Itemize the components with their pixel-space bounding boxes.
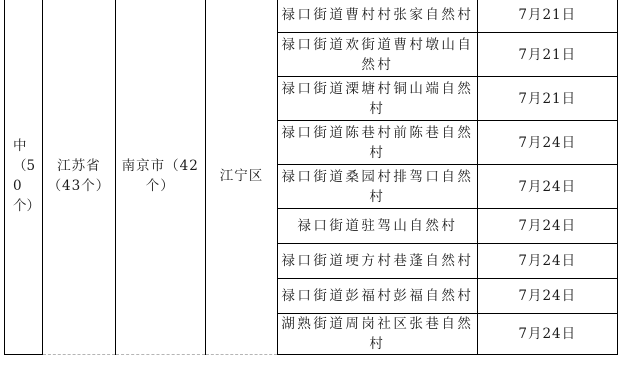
location-cell: 湖熟街道周岗社区张巷自然村 xyxy=(278,314,477,355)
district-cell: 江宁区 xyxy=(205,0,278,355)
city-line: 南京市（42 xyxy=(122,156,199,176)
region-line: 中 xyxy=(7,136,40,156)
province-line: 江苏省 xyxy=(57,156,101,176)
date-cell: 7月21日 xyxy=(477,77,617,121)
date-cell: 7月24日 xyxy=(477,121,617,165)
region-cell: 中 （50 个） xyxy=(5,0,43,355)
risk-area-table: 中 （50 个） 江苏省 （43个） 南京市（42 个） 江宁区 禄口街道曹村村… xyxy=(4,0,618,355)
location-cell: 禄口街道欢街道曹村墩山自然村 xyxy=(278,33,477,77)
location-cell: 禄口街道桑园村排驾口自然村 xyxy=(278,165,477,209)
table-row: 中 （50 个） 江苏省 （43个） 南京市（42 个） 江宁区 禄口街道曹村村… xyxy=(5,0,618,33)
location-cell: 禄口街道陈巷村前陈巷自然村 xyxy=(278,121,477,165)
date-cell: 7月24日 xyxy=(477,279,617,314)
location-cell: 禄口街道彭福村彭福自然村 xyxy=(278,279,477,314)
risk-area-table-container: 中 （50 个） 江苏省 （43个） 南京市（42 个） 江宁区 禄口街道曹村村… xyxy=(4,0,618,355)
location-cell: 禄口街道曹村村张家自然村 xyxy=(278,0,477,33)
date-cell: 7月24日 xyxy=(477,244,617,279)
region-line: （50 xyxy=(7,156,40,196)
province-line: （43个） xyxy=(48,176,111,196)
date-cell: 7月21日 xyxy=(477,33,617,77)
date-cell: 7月24日 xyxy=(477,209,617,244)
location-cell: 禄口街道埂方村巷蓬自然村 xyxy=(278,244,477,279)
city-cell: 南京市（42 个） xyxy=(115,0,205,355)
province-cell: 江苏省 （43个） xyxy=(43,0,116,355)
date-cell: 7月24日 xyxy=(477,165,617,209)
region-line: 个） xyxy=(7,196,40,216)
location-cell: 禄口街道溧塘村铜山端自然村 xyxy=(278,77,477,121)
city-line: 个） xyxy=(146,176,175,196)
location-cell: 禄口街道驻驾山自然村 xyxy=(278,209,477,244)
date-cell: 7月21日 xyxy=(477,0,617,33)
date-cell: 7月24日 xyxy=(477,314,617,355)
